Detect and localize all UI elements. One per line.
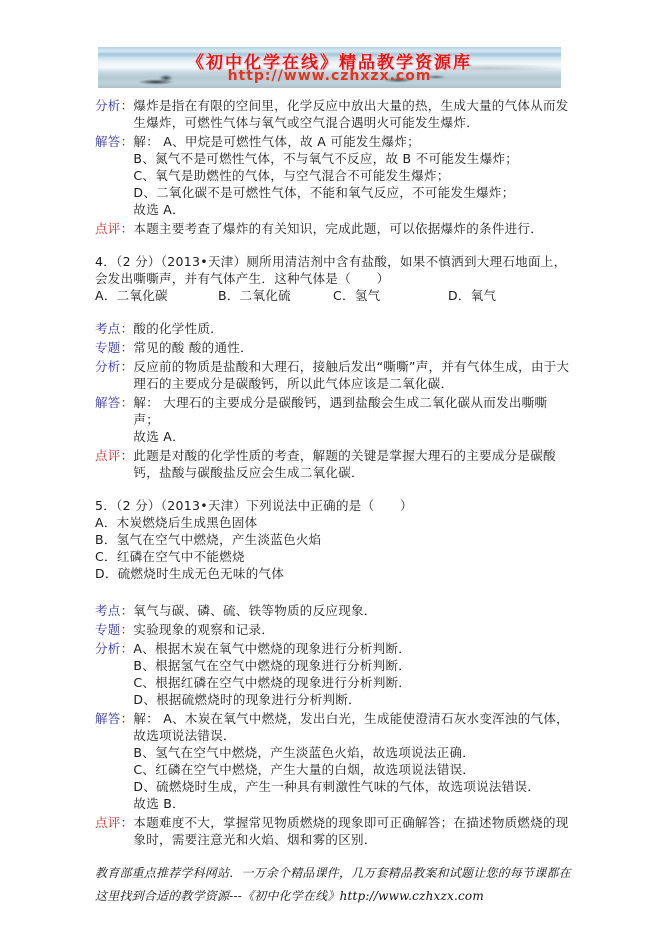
- q4-answer-line: 解： 大理石的主要成分是碳酸钙，遇到盐酸会生成二氧化碳从而发出嘶嘶声；: [133, 394, 571, 428]
- q5-analysis-block: 分析： A、根据木炭在氧气中燃烧的现象进行分析判断． B、根据氢气在空气中燃烧的…: [95, 640, 571, 708]
- q5-answer-line: 解： A、木炭在氧气中燃烧，发出白光，生成能使澄清石灰水变浑浊的气体，故选项说法…: [133, 710, 571, 744]
- q4-topic-block: 专题： 常见的酸 酸的通性．: [95, 339, 571, 356]
- q5-analysis-line: A、根据木炭在氧气中燃烧的现象进行分析判断．: [133, 640, 571, 657]
- q5-comment-text: 本题难度不大，掌握常见物质燃烧的现象即可正确解答；在描述物质燃烧的现象时，需要注…: [133, 814, 571, 848]
- banner-url: http://www.czhxzx.com: [98, 68, 561, 84]
- q3-answer-line: B、氮气不是可燃性气体，不与氧气不反应，故 B 不可能发生爆炸；: [133, 150, 571, 167]
- q4-answer-block: 解答： 解： 大理石的主要成分是碳酸钙，遇到盐酸会生成二氧化碳从而发出嘶嘶声； …: [95, 394, 571, 445]
- q4-comment-text: 此题是对酸的化学性质的考查，解题的关键是掌握大理石的主要成分是碳酸钙，盐酸与碳酸…: [133, 447, 571, 481]
- points-label: 考点：: [95, 602, 133, 619]
- q3-comment-text: 本题主要考查了爆炸的有关知识，完成此题，可以依据爆炸的条件进行．: [133, 220, 571, 237]
- q5-answer-line: B、氢气在空气中燃烧，产生淡蓝色火焰，故选项说法正确．: [133, 744, 571, 761]
- document-body: 分析： 爆炸是指在有限的空间里，化学反应中放出大量的热，生成大量的气体从而发生爆…: [95, 97, 571, 848]
- q5-topic-text: 实验现象的观察和记录．: [133, 621, 571, 638]
- q5-answer-block: 解答： 解： A、木炭在氧气中燃烧，发出白光，生成能使澄清石灰水变浑浊的气体，故…: [95, 710, 571, 812]
- q5-answer-line: C、红磷在空气中燃烧，产生大量的白烟，故选项说法错误．: [133, 761, 571, 778]
- q5-analysis-line: B、根据氢气在空气中燃烧的现象进行分析判断．: [133, 657, 571, 674]
- q5-option-d: D．硫燃烧时生成无色无味的气体: [95, 565, 571, 582]
- analysis-label: 分析：: [95, 358, 133, 375]
- q5-option-c: C．红磷在空气中不能燃烧: [95, 548, 571, 565]
- q4-option-a: A．二氧化碳: [95, 287, 218, 304]
- comment-label: 点评：: [95, 814, 133, 831]
- q3-comment-block: 点评： 本题主要考查了爆炸的有关知识，完成此题，可以依据爆炸的条件进行．: [95, 220, 571, 237]
- comment-label: 点评：: [95, 447, 133, 464]
- q3-analysis-block: 分析： 爆炸是指在有限的空间里，化学反应中放出大量的热，生成大量的气体从而发生爆…: [95, 97, 571, 131]
- answer-label: 解答：: [95, 710, 133, 727]
- q3-answer-line: 解： A、甲烷是可燃性气体，故 A 可能发生爆炸；: [133, 133, 571, 150]
- q3-answer-line: D、二氧化碳不是可燃性气体，不能和氧气反应，不可能发生爆炸；: [133, 184, 571, 201]
- answer-label: 解答：: [95, 133, 133, 150]
- q5-option-a: A．木炭燃烧后生成黑色固体: [95, 514, 571, 531]
- q5-comment-block: 点评： 本题难度不大，掌握常见物质燃烧的现象即可正确解答；在描述物质燃烧的现象时…: [95, 814, 571, 848]
- q5-answer-line: 故选 B．: [133, 795, 571, 812]
- footer-promo-text: 教育部重点推荐学科网站．一万余个精品课件，几万套精品教案和试题让您的每节课都在这…: [95, 862, 575, 908]
- q3-answer-block: 解答： 解： A、甲烷是可燃性气体，故 A 可能发生爆炸； B、氮气不是可燃性气…: [95, 133, 571, 218]
- q4-points-text: 酸的化学性质．: [133, 320, 571, 337]
- q4-points-block: 考点： 酸的化学性质．: [95, 320, 571, 337]
- analysis-label: 分析：: [95, 97, 133, 114]
- site-banner-image: 《初中化学在线》精品教学资源库 http://www.czhxzx.com: [98, 47, 561, 88]
- analysis-label: 分析：: [95, 640, 133, 657]
- topic-label: 专题：: [95, 621, 133, 638]
- q4-option-c: C．氢气: [333, 287, 448, 304]
- q4-option-b: B．二氧化硫: [218, 287, 333, 304]
- q3-analysis-text: 爆炸是指在有限的空间里，化学反应中放出大量的热，生成大量的气体从而发生爆炸，可燃…: [133, 97, 571, 131]
- q4-option-d: D．氧气: [448, 287, 571, 304]
- q4-topic-text: 常见的酸 酸的通性．: [133, 339, 571, 356]
- q5-analysis-line: C、根据红磷在空气中燃烧的现象进行分析判断．: [133, 674, 571, 691]
- q5-option-b: B．氢气在空气中燃烧，产生淡蓝色火焰: [95, 531, 571, 548]
- q5-answer-line: D、硫燃烧时生成，产生一种具有刺激性气味的气体，故选项说法错误．: [133, 778, 571, 795]
- q5-points-text: 氧气与碳、磷、硫、铁等物质的反应现象．: [133, 602, 571, 619]
- answer-label: 解答：: [95, 394, 133, 411]
- q5-topic-block: 专题： 实验现象的观察和记录．: [95, 621, 571, 638]
- q4-analysis-block: 分析： 反应前的物质是盐酸和大理石，接触后发出“嘶嘶”声，并有气体生成，由于大理…: [95, 358, 571, 392]
- q4-options: A．二氧化碳 B．二氧化硫 C．氢气 D．氧气: [95, 287, 571, 304]
- q4-comment-block: 点评： 此题是对酸的化学性质的考查，解题的关键是掌握大理石的主要成分是碳酸钙，盐…: [95, 447, 571, 481]
- q5-stem: 5．（2 分）（2013•天津）下列说法中正确的是（ ）: [95, 497, 571, 514]
- q3-answer-line: C、氧气是助燃性的气体，与空气混合不可能发生爆炸；: [133, 167, 571, 184]
- q5-points-block: 考点： 氧气与碳、磷、硫、铁等物质的反应现象．: [95, 602, 571, 619]
- q3-answer-line: 故选 A．: [133, 201, 571, 218]
- q4-analysis-text: 反应前的物质是盐酸和大理石，接触后发出“嘶嘶”声，并有气体生成，由于大理石的主要…: [133, 358, 571, 392]
- comment-label: 点评：: [95, 220, 133, 237]
- q4-answer-line: 故选 A．: [133, 428, 571, 445]
- q5-analysis-line: D、根据硫燃烧时的现象进行分析判断．: [133, 691, 571, 708]
- q4-stem: 4．（2 分）（2013•天津）厕所用清洁剂中含有盐酸，如果不慎洒到大理石地面上…: [95, 253, 571, 287]
- topic-label: 专题：: [95, 339, 133, 356]
- points-label: 考点：: [95, 320, 133, 337]
